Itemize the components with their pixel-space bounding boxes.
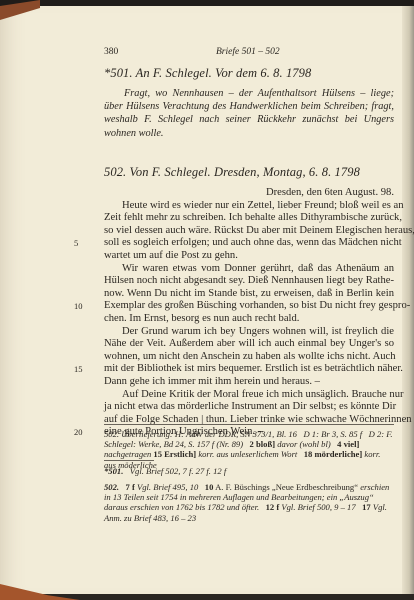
summary-text: Fragt, wo Nennhausen – der Aufenthaltsor… — [104, 87, 394, 140]
body-line: Wir waren etwas vom Donner gerührt, daß … — [104, 263, 394, 276]
transmission-note: 502. Überlieferung: H: AdW der DDR, SN 3… — [104, 429, 394, 470]
commentary-502: 502. 7 f Vgl. Brief 495, 10 10 A. F. Büs… — [104, 482, 394, 523]
dateline: Dresden, den 6ten August. 98. — [104, 187, 394, 200]
body-line: wohnen, um nicht den Anschein zu haben a… — [104, 351, 394, 364]
commentary-note: 502. 7 f Vgl. Brief 495, 10 10 A. F. Büs… — [104, 482, 394, 523]
body-line: Dann gehe ich immer mit ihm herein und h… — [104, 376, 394, 389]
body-line: Hülsen noch nicht abgesandt sey. Dieß Ne… — [104, 275, 394, 288]
line-number: 15 — [74, 363, 83, 376]
letter-502-heading: 502. Von F. Schlegel. Dresden, Montag, 6… — [104, 165, 360, 180]
body-line: Heute wird es wieder nur ein Zettel, lie… — [104, 200, 394, 213]
body-line: 10Exemplar des großen Büsching vorhanden… — [104, 300, 394, 313]
line-number: 10 — [74, 300, 83, 313]
commentary-divider — [104, 460, 154, 461]
body-line: Der Grund warum ich bey Ungers wohnen wi… — [104, 326, 394, 339]
transmission-apparatus: 502. Überlieferung: H: AdW der DDR, SN 3… — [104, 429, 394, 470]
body-line: ja nicht etwa das mörderliche Instrument… — [104, 401, 394, 414]
body-line: 5soll es sogleich erfolgen; und auch ohn… — [104, 237, 394, 250]
page-number: 380 — [104, 47, 118, 57]
body-line: 15mit der Bibliothek ist mirs bequemer. … — [104, 363, 394, 376]
body-line: wartet um auf die Post zu gehn. — [104, 250, 394, 263]
commentary-501: *501. Vgl. Brief 502, 7 f. 27 f. 12 f — [104, 466, 394, 476]
body-line: chen. Im Ernst, besorg es nun auch recht… — [104, 313, 394, 326]
letter-501-heading: *501. An F. Schlegel. Vor dem 6. 8. 1798 — [104, 66, 311, 81]
apparatus-divider — [104, 424, 394, 425]
line-number: 5 — [74, 237, 78, 250]
running-head: 380 Briefe 501 – 502 — [104, 47, 396, 61]
body-line: Auf Deine Kritik der Moral freue ich mic… — [104, 389, 394, 402]
letter-501-summary: Fragt, wo Nennhausen – der Aufenthaltsor… — [104, 87, 394, 140]
body-line: Nähe der Veit. Außerdem aber will ich au… — [104, 338, 394, 351]
body-line: Zeit fehlt mehr zu schreiben. Ich behalt… — [104, 212, 394, 225]
body-line: so viel dessen auch wäre. Rückst Du aber… — [104, 225, 394, 238]
body-line: now. Wenn Du nicht im Stande bist, zu er… — [104, 288, 394, 301]
commentary-note: *501. Vgl. Brief 502, 7 f. 27 f. 12 f — [104, 466, 394, 476]
running-title: Briefe 501 – 502 — [216, 47, 280, 57]
line-number: 20 — [74, 426, 83, 439]
letter-502-body: Dresden, den 6ten August. 98. Heute wird… — [104, 187, 394, 439]
